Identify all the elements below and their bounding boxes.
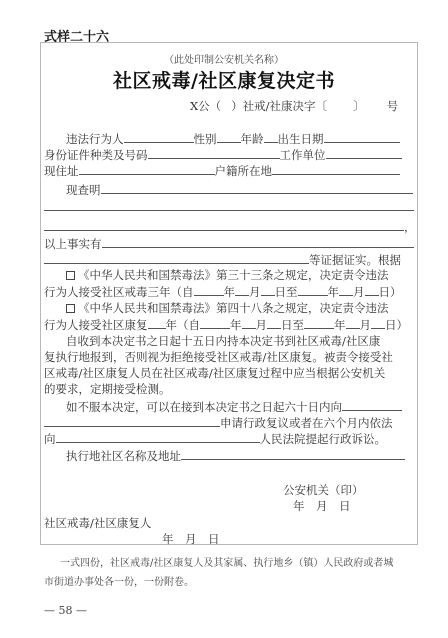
option-33-period-row: 行为人接受社区戒毒三年（自年月日至年月日）: [44, 284, 402, 299]
found-line-3[interactable]: [44, 230, 404, 231]
found-label: 现查明: [66, 183, 101, 197]
day-label: 日）: [385, 318, 408, 332]
footnote-line-1: 一式四份，社区戒毒/社区康复人及其家属、执行地乡（镇）人民政府或者城: [60, 554, 393, 569]
option-33-end-month[interactable]: [339, 284, 353, 296]
appeal-text-3-prefix: 向: [44, 432, 56, 446]
option-33-start-year[interactable]: [194, 284, 224, 296]
document-number: X公（）社戒/社康决字〔〕号: [190, 98, 398, 114]
offender-row: 违法行为人性别年龄出生日期: [66, 131, 400, 146]
option-33-text: 《中华人民共和国禁毒法》第三十三条之规定，决定责令违法: [78, 268, 389, 282]
age-field[interactable]: [264, 131, 278, 143]
id-number-field[interactable]: [148, 147, 280, 159]
household-field[interactable]: [272, 163, 400, 175]
facts-row: 以上事实有: [44, 236, 414, 251]
option-48-end-month[interactable]: [346, 317, 360, 329]
workplace-label: 工作单位: [280, 148, 326, 162]
document-title: 社区戒毒/社区康复决定书: [0, 66, 448, 93]
police-seal: 公安机关（印）: [283, 483, 364, 497]
option-48-years[interactable]: [148, 317, 166, 329]
option-33-start-day[interactable]: [261, 284, 275, 296]
option-33-row: 《中华人民共和国禁毒法》第三十三条之规定，决定责令违法: [66, 268, 389, 282]
address-field[interactable]: [79, 163, 215, 175]
found-comma: ，: [404, 220, 416, 234]
option-48-start-year[interactable]: [200, 317, 230, 329]
option-48-start-month[interactable]: [242, 317, 256, 329]
address-row: 现住址户籍所在地: [44, 163, 400, 178]
body-para-line-2: 复执行地报到，否则视为拒绝接受社区戒毒/社区康复。被责令接受社: [44, 350, 393, 364]
doc-number-close: 〕: [353, 98, 365, 114]
option-33-period-prefix: 行为人接受社区戒毒三年（自: [44, 285, 194, 299]
page-number: — 58 —: [44, 604, 87, 617]
review-authority-field[interactable]: [342, 399, 402, 411]
option-48-start-day[interactable]: [267, 317, 281, 329]
community-row: 执行地社区名称及地址: [66, 448, 405, 463]
community-address-field[interactable]: [181, 448, 405, 460]
body-para-line-3: 区戒毒/社区康复人员在社区戒毒/社区康复过程中应当根据公安机关: [44, 366, 385, 380]
year-label: 年: [224, 285, 236, 299]
month-label: 月: [353, 285, 365, 299]
id-row: 身份证件种类及号码工作单位: [44, 147, 402, 162]
appeal-text-1: 如不服本决定，可以在接到本决定书之日起六十日内向: [66, 400, 342, 414]
day-to-label: 日至: [281, 318, 304, 332]
day-to-label: 日至: [275, 285, 298, 299]
birth-label: 出生日期: [278, 132, 324, 146]
appeal-text-2: 申请行政复议或者在六个月内依法: [220, 416, 393, 430]
month-label: 月: [256, 318, 268, 332]
household-label: 户籍所在地: [215, 164, 273, 178]
years-label: 年（自: [166, 318, 201, 332]
authority-placeholder: （此处印制公安机关名称）: [0, 51, 448, 66]
found-field[interactable]: [101, 182, 413, 194]
day-label: 日）: [379, 285, 402, 299]
option-33-end-year[interactable]: [298, 284, 328, 296]
doc-number-mid: ）社戒/社康决字〔: [231, 98, 327, 114]
offender-label: 违法行为人: [66, 132, 124, 146]
option-48-checkbox[interactable]: [66, 304, 75, 313]
appeal-line-2: 申请行政复议或者在六个月内依法: [44, 415, 393, 430]
year-label: 年: [334, 318, 346, 332]
doc-number-suffix: 号: [387, 98, 399, 114]
evidence-row: 等证据证实。根据: [44, 252, 401, 267]
evidence-field[interactable]: [44, 252, 309, 264]
option-48-end-day[interactable]: [371, 317, 385, 329]
evidence-suffix: 等证据证实。根据: [309, 253, 401, 267]
footnote-line-2: 市街道办事处各一份，一份附卷。: [44, 573, 194, 588]
year-label: 年: [328, 285, 340, 299]
body-para-line-1: 自收到本决定书之日起十五日内持本决定书到社区戒毒/社区康: [66, 334, 380, 348]
court-field[interactable]: [56, 431, 260, 443]
found-line-2[interactable]: [44, 210, 414, 211]
option-48-end-year[interactable]: [304, 317, 334, 329]
offender-name-field[interactable]: [124, 131, 194, 143]
body-para-line-4: 的要求，定期接受检测。: [44, 382, 171, 396]
police-date: 年 月 日: [293, 499, 351, 513]
person-date: 年 月 日: [162, 532, 220, 546]
option-33-checkbox[interactable]: [66, 271, 75, 280]
person-label: 社区戒毒/社区康复人: [44, 516, 151, 530]
facts-field[interactable]: [102, 236, 414, 248]
appeal-line-3: 向人民法院提起行政诉讼。: [44, 431, 386, 446]
option-48-period-row: 行为人接受社区康复年（自年月日至年月日）: [44, 317, 408, 332]
workplace-field[interactable]: [326, 147, 402, 159]
option-48-text: 《中华人民共和国禁毒法》第四十八条之规定，决定责令违法: [78, 301, 389, 315]
gender-label: 性别: [194, 132, 217, 146]
month-label: 月: [249, 285, 261, 299]
option-33-end-day[interactable]: [365, 284, 379, 296]
appeal-line-1: 如不服本决定，可以在接到本决定书之日起六十日内向: [66, 399, 402, 414]
option-48-row: 《中华人民共和国禁毒法》第四十八条之规定，决定责令违法: [66, 301, 389, 315]
option-33-start-month[interactable]: [235, 284, 249, 296]
review-authority-field-cont[interactable]: [44, 415, 220, 427]
appeal-text-3-suffix: 人民法院提起行政诉讼。: [260, 432, 387, 446]
found-row: 现查明: [66, 182, 413, 197]
gender-field[interactable]: [217, 131, 241, 143]
community-label: 执行地社区名称及地址: [66, 449, 181, 463]
age-label: 年龄: [241, 132, 264, 146]
facts-label: 以上事实有: [44, 237, 102, 251]
option-48-period-prefix: 行为人接受社区康复: [44, 318, 148, 332]
address-label: 现住址: [44, 164, 79, 178]
birth-date-field[interactable]: [324, 131, 400, 143]
year-label: 年: [230, 318, 242, 332]
id-label: 身份证件种类及号码: [44, 148, 148, 162]
doc-number-prefix: X公（: [190, 98, 221, 114]
month-label: 月: [360, 318, 372, 332]
